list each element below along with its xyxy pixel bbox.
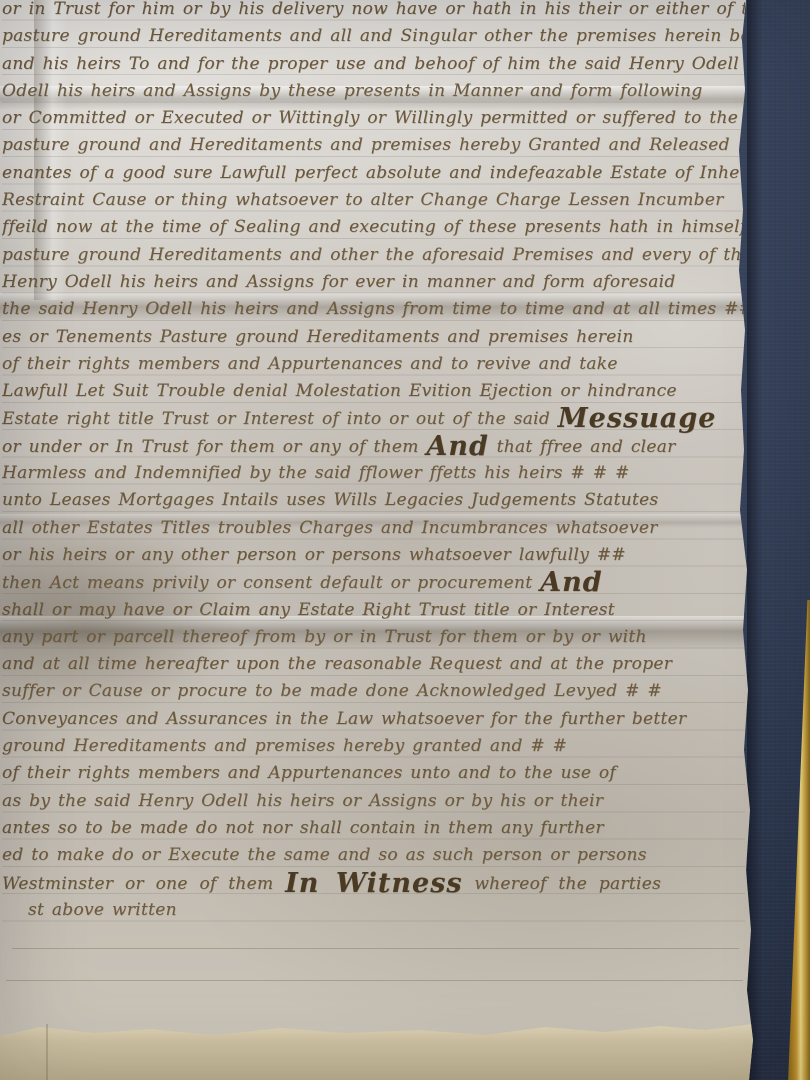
manuscript-line: any part or parcell thereof from by or i…	[2, 624, 745, 651]
manuscript-line: shall or may have or Claim any Estate Ri…	[2, 597, 745, 624]
manuscript-line: es or Tenements Pasture ground Hereditam…	[2, 324, 745, 351]
line-text: Restraint Cause or thing whatsoever to a…	[2, 190, 724, 210]
manuscript-line: of their rights members and Appurtenance…	[2, 760, 745, 787]
manuscript-line: Lawfull Let Suit Trouble denial Molestat…	[2, 378, 745, 405]
manuscript-line: and at all time hereafter upon the reaso…	[2, 651, 745, 678]
manuscript-line: then Act means privily or consent defaul…	[2, 569, 745, 596]
manuscript-line: or in Trust for him or by his delivery n…	[2, 0, 745, 23]
manuscript-line: or Committed or Executed or Wittingly or…	[2, 105, 745, 132]
line-text: Conveyances and Assurances in the Law wh…	[2, 709, 686, 729]
manuscript-line: Estate right title Trust or Interest of …	[2, 405, 745, 432]
line-text: ed to make do or Execute the same and so…	[2, 845, 647, 865]
manuscript-line: Conveyances and Assurances in the Law wh…	[2, 706, 745, 733]
line-text: that ffree and clear	[489, 437, 676, 457]
line-text: Westminster or one of them	[2, 874, 285, 894]
manuscript-line: pasture ground Hereditaments and all and…	[2, 23, 745, 50]
line-text: suffer or Cause or procure to be made do…	[2, 681, 662, 701]
line-text: and his heirs To and for the proper use …	[2, 54, 745, 74]
manuscript-line: ffeild now at the time of Sealing and ex…	[2, 214, 745, 241]
line-text: the said Henry Odell his heirs and Assig…	[2, 299, 745, 319]
manuscript-line: all other Estates Titles troubles Charge…	[2, 515, 745, 542]
manuscript-line: the said Henry Odell his heirs and Assig…	[2, 296, 745, 323]
line-text: any part or parcell thereof from by or i…	[2, 627, 647, 647]
engrossed-word: And	[426, 431, 488, 462]
manuscript-line: and his heirs To and for the proper use …	[2, 51, 745, 78]
manuscript-line: Westminster or one of them In Witness wh…	[2, 870, 745, 897]
manuscript-line: or under or In Trust for them or any of …	[2, 433, 745, 460]
line-text: pasture ground Hereditaments and all and…	[2, 26, 745, 46]
line-text: Odell his heirs and Assigns by these pre…	[2, 81, 703, 101]
line-text: es or Tenements Pasture ground Hereditam…	[2, 327, 634, 347]
manuscript-line: pasture ground and Hereditaments and pre…	[2, 132, 745, 159]
line-text: ground Hereditaments and premises hereby…	[2, 736, 567, 756]
line-text: or in Trust for him or by his delivery n…	[2, 0, 745, 19]
line-text: enantes of a good sure Lawfull perfect a…	[2, 163, 745, 183]
manuscript-line: Harmless and Indemnified by the said ffl…	[2, 460, 745, 487]
line-text: st above written	[28, 900, 177, 920]
manuscript-line: as by the said Henry Odell his heirs or …	[2, 788, 745, 815]
line-text: then Act means privily or consent defaul…	[2, 573, 540, 593]
manuscript-text: or in Trust for him or by his delivery n…	[2, 0, 745, 934]
line-text: of their rights members and Appurtenance…	[2, 354, 618, 374]
line-text: of their rights members and Appurtenance…	[2, 763, 616, 783]
manuscript-line: st above written	[2, 897, 745, 924]
line-text: pasture ground and Hereditaments and pre…	[2, 135, 730, 155]
parchment-bottom-fold	[0, 1016, 753, 1080]
line-text: shall or may have or Claim any Estate Ri…	[2, 600, 615, 620]
parchment-sheet: or in Trust for him or by his delivery n…	[0, 0, 753, 1080]
line-text: or his heirs or any other person or pers…	[2, 545, 626, 565]
framed-manuscript-photo: or in Trust for him or by his delivery n…	[0, 0, 810, 1080]
manuscript-line: Henry Odell his heirs and Assigns for ev…	[2, 269, 745, 296]
fold-seam	[46, 1024, 48, 1080]
line-text: or Committed or Executed or Wittingly or…	[2, 108, 738, 128]
line-text: Lawfull Let Suit Trouble denial Molestat…	[2, 381, 677, 401]
line-text: pasture ground Hereditaments and other t…	[2, 245, 745, 265]
manuscript-line: Restraint Cause or thing whatsoever to a…	[2, 187, 745, 214]
engrossed-word: Messuage	[558, 403, 717, 434]
engrossed-word: And	[540, 567, 602, 598]
manuscript-line: ed to make do or Execute the same and so…	[2, 842, 745, 869]
line-text: and at all time hereafter upon the reaso…	[2, 654, 672, 674]
manuscript-line: unto Leases Mortgages Intails uses Wills…	[2, 487, 745, 514]
line-text: unto Leases Mortgages Intails uses Wills…	[2, 490, 658, 510]
manuscript-line: of their rights members and Appurtenance…	[2, 351, 745, 378]
line-text: all other Estates Titles troubles Charge…	[2, 518, 658, 538]
engrossed-word: In Witness	[285, 868, 462, 899]
blank-ruled-line	[12, 948, 739, 949]
line-text: Harmless and Indemnified by the said ffl…	[2, 463, 630, 483]
line-text: antes so to be made do not nor shall con…	[2, 818, 604, 838]
manuscript-line: ground Hereditaments and premises hereby…	[2, 733, 745, 760]
manuscript-line: suffer or Cause or procure to be made do…	[2, 678, 745, 705]
manuscript-line: enantes of a good sure Lawfull perfect a…	[2, 160, 745, 187]
line-text: Henry Odell his heirs and Assigns for ev…	[2, 272, 676, 292]
manuscript-line: antes so to be made do not nor shall con…	[2, 815, 745, 842]
manuscript-line: pasture ground Hereditaments and other t…	[2, 242, 745, 269]
line-text: Estate right title Trust or Interest of …	[2, 409, 558, 429]
line-text: as by the said Henry Odell his heirs or …	[2, 791, 603, 811]
manuscript-line: or his heirs or any other person or pers…	[2, 542, 745, 569]
manuscript-line: Odell his heirs and Assigns by these pre…	[2, 78, 745, 105]
blank-ruled-line	[6, 980, 743, 981]
line-text: ffeild now at the time of Sealing and ex…	[2, 217, 745, 237]
line-text: or under or In Trust for them or any of …	[2, 437, 426, 457]
line-text: whereof the parties	[463, 874, 662, 894]
